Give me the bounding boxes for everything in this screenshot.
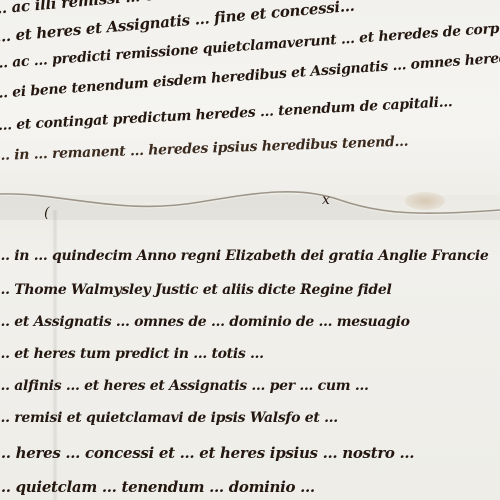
lower-line-8: … quietclam … tenendum … dominio … [0, 478, 315, 496]
lower-line-7: … heres … concessi et … et heres ipsius … [0, 444, 414, 462]
lower-line-2: … Thome Walmysley Justic et aliis dicte … [0, 282, 392, 298]
parchment-sheet: … ac illi remissi … et … Institut confes… [0, 0, 500, 500]
lower-line-4: … et heres tum predict in … totis … [0, 346, 264, 362]
lower-line-3: … et Assignatis … omnes de … dominio de … [0, 314, 410, 330]
lower-line-6: … remisi et quietclamavi de ipsis Walsfo… [0, 410, 338, 426]
horizontal-fold-crease [0, 180, 500, 220]
lower-line-5: … alfinis … et heres et Assignatis … per… [0, 378, 369, 394]
fold-cross-mark: x [322, 192, 330, 208]
fold-bracket-mark: ( [44, 205, 49, 221]
lower-line-1: … in … quindecim Anno regni Elizabeth de… [0, 248, 489, 264]
